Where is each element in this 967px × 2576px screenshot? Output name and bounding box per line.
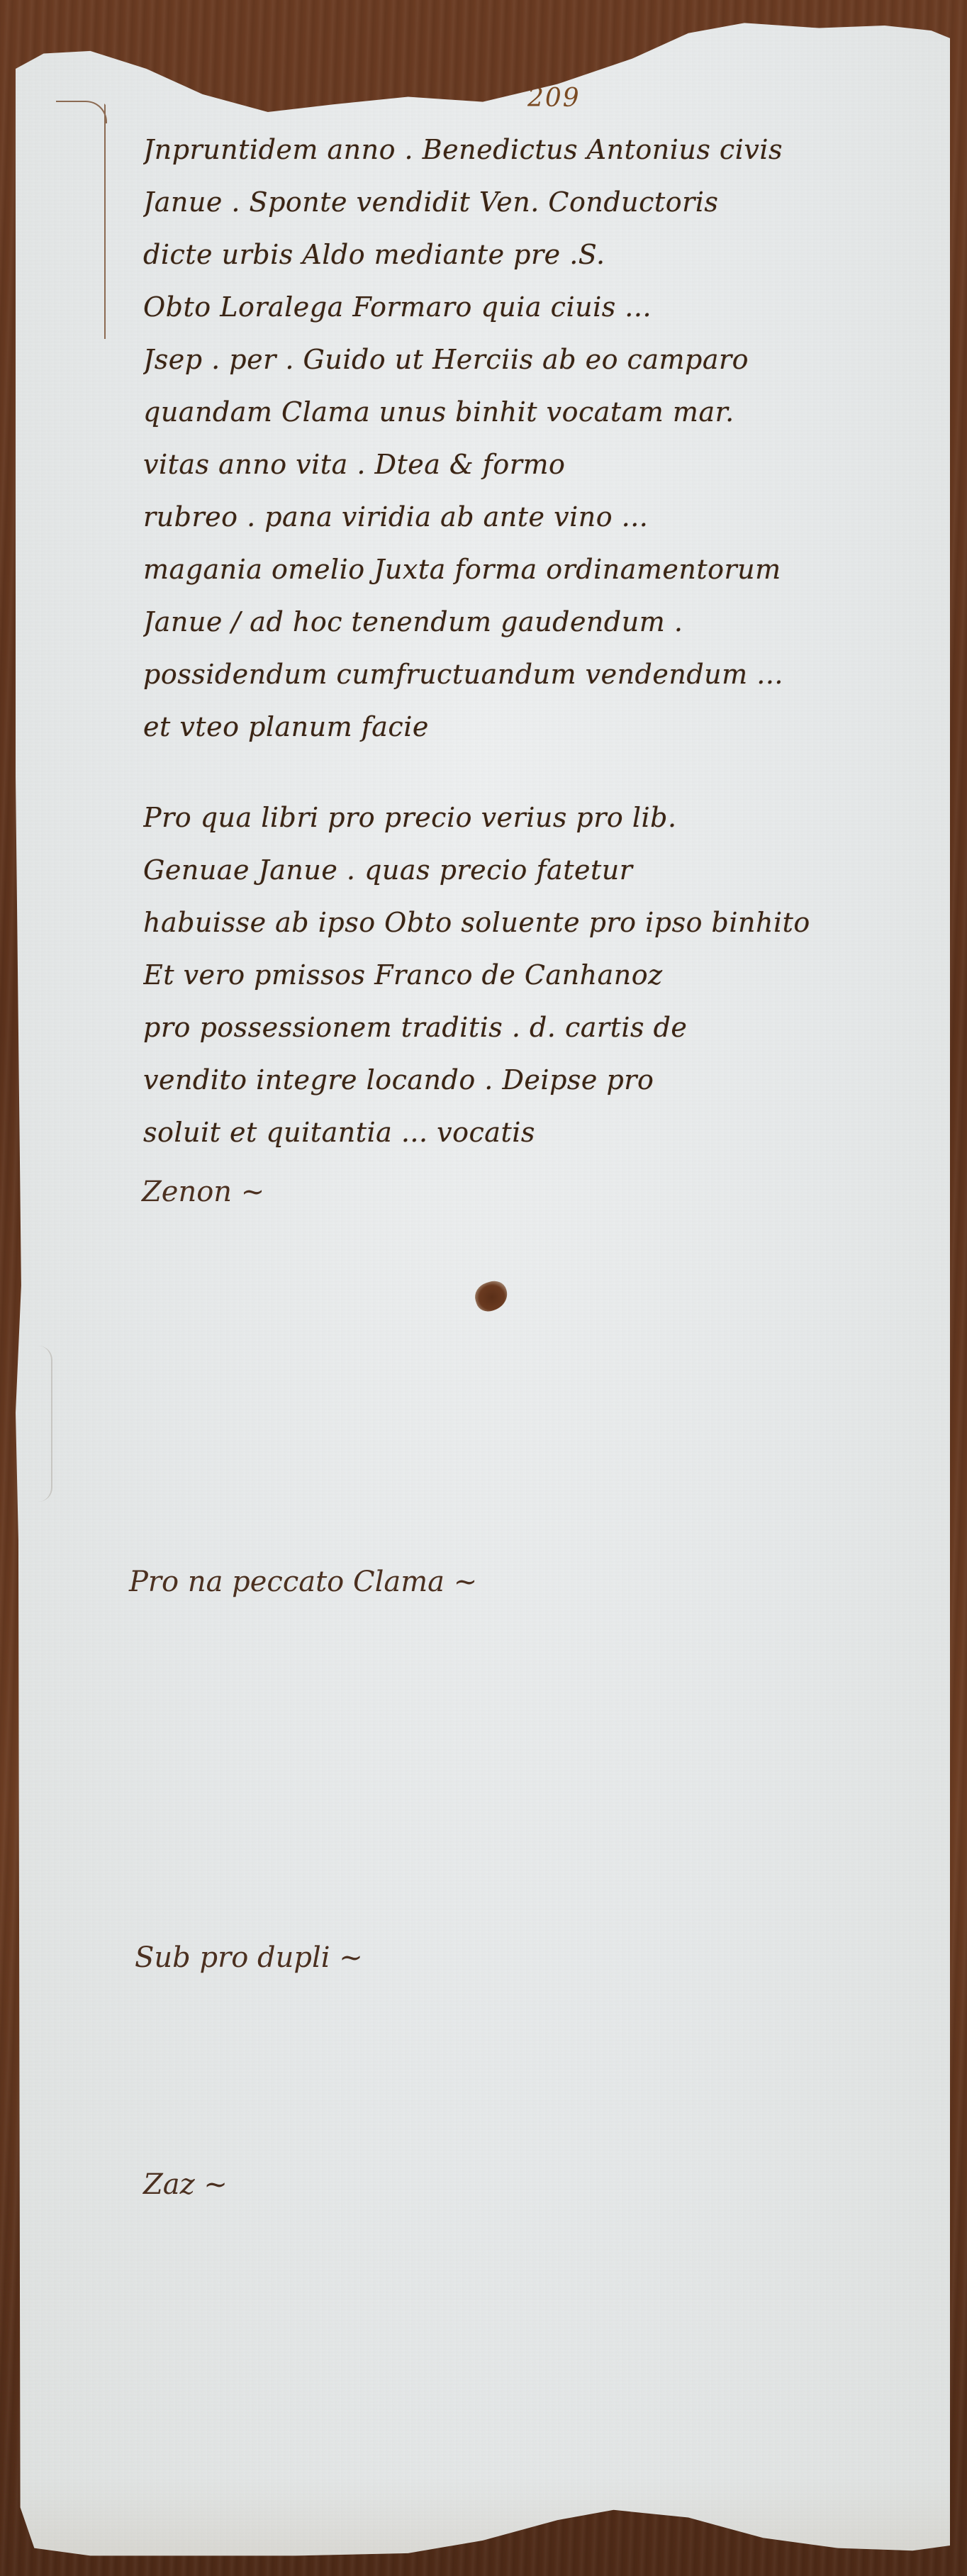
paragraph-2: Pro qua libri pro precio verius pro lib.… — [143, 791, 937, 1159]
note-2: Pro na peccato Clama ~ — [129, 1566, 477, 1598]
note-1: Zenon ~ — [142, 1176, 264, 1208]
text-line: Et vero pmissos Franco de Canhanoz — [143, 949, 937, 1001]
text-line: rubreo . pana viridia ab ante vino ... — [143, 491, 937, 543]
paper-hole — [471, 1278, 511, 1315]
text-line: vendito integre locando . Deipse pro — [143, 1054, 937, 1106]
text-line: Obto Loralega Formaro quia ciuis ... — [143, 281, 937, 333]
text-line: Genuae Janue . quas precio fatetur — [143, 844, 937, 896]
text-line: habuisse ab ipso Obto soluente pro ipso … — [143, 896, 937, 949]
manuscript-page: 209 Jnpruntidem anno . Benedictus Antoni… — [16, 13, 950, 2558]
text-line: vitas anno vita . Dtea & formo — [143, 438, 937, 491]
note-3: Sub pro dupli ~ — [135, 1941, 363, 1974]
paper-fold-edge — [34, 1346, 52, 1502]
folio-number: 209 — [527, 84, 581, 113]
text-line: Pro qua libri pro precio verius pro lib. — [143, 791, 937, 844]
text-line: Janue . Sponte vendidit Ven. Conductoris — [143, 176, 937, 228]
text-line: quandam Clama unus binhit vocatam mar. — [143, 386, 937, 438]
text-line: magania omelio Juxta forma ordinamentoru… — [143, 543, 937, 596]
paragraph-1: Jnpruntidem anno . Benedictus Antonius c… — [143, 123, 937, 753]
text-line: Jsep . per . Guido ut Herciis ab eo camp… — [143, 333, 937, 386]
text-line: dicte urbis Aldo mediante pre .S. — [143, 228, 937, 281]
note-4: Zaz ~ — [143, 2168, 228, 2201]
text-line: soluit et quitantia ... vocatis — [143, 1106, 937, 1159]
text-line: possidendum cumfructuandum vendendum ... — [143, 648, 937, 701]
text-line: pro possessionem traditis . d. cartis de — [143, 1001, 937, 1054]
text-line: Janue / ad hoc tenendum gaudendum . — [143, 596, 937, 648]
margin-bracket-mark — [104, 104, 134, 339]
text-line: et vteo planum facie — [143, 701, 937, 753]
text-line: Jnpruntidem anno . Benedictus Antonius c… — [143, 123, 937, 176]
